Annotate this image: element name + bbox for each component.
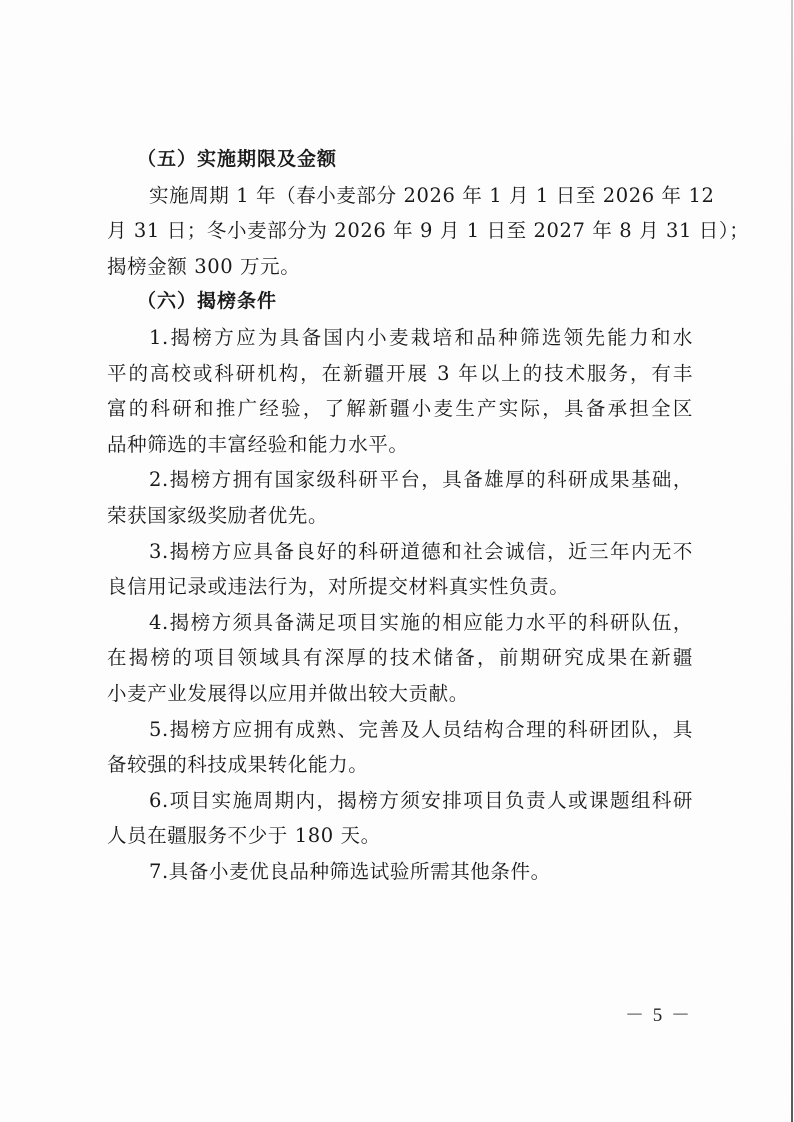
paragraph-line: 5.揭榜方应拥有成熟、完善及人员结构合理的科研团队，具 (107, 712, 693, 748)
condition-item-5: 5.揭榜方应拥有成熟、完善及人员结构合理的科研团队，具 备较强的科技成果转化能力… (107, 712, 693, 783)
condition-item-4: 4.揭榜方须具备满足项目实施的相应能力水平的科研队伍， 在揭榜的项目领域具有深厚… (107, 605, 693, 712)
paragraph-line: 在揭榜的项目领域具有深厚的技术储备，前期研究成果在新疆 (107, 640, 693, 676)
paragraph-line: 小麦产业发展得以应用并做出较大贡献。 (107, 676, 693, 712)
paragraph-line: 2.揭榜方拥有国家级科研平台，具备雄厚的科研成果基础， (107, 462, 693, 498)
paragraph-line: 荣获国家级奖励者优先。 (107, 498, 693, 534)
paragraph-line: 实施周期 1 年（春小麦部分 2026 年 1 月 1 日至 2026 年 12 (107, 178, 693, 214)
document-body: （五）实施期限及金额 实施周期 1 年（春小麦部分 2026 年 1 月 1 日… (107, 142, 693, 889)
condition-item-1: 1.揭榜方应为具备国内小麦栽培和品种筛选领先能力和水 平的高校或科研机构，在新疆… (107, 320, 693, 462)
condition-item-6: 6.项目实施周期内，揭榜方须安排项目负责人或课题组科研 人员在疆服务不少于 18… (107, 783, 693, 854)
paragraph-line: 平的高校或科研机构，在新疆开展 3 年以上的技术服务，有丰 (107, 356, 693, 392)
paragraph-line: 品种筛选的丰富经验和能力水平。 (107, 427, 693, 463)
paragraph-implementation-period: 实施周期 1 年（春小麦部分 2026 年 1 月 1 日至 2026 年 12… (107, 178, 693, 285)
section-heading-conditions: （六）揭榜条件 (107, 284, 693, 320)
paragraph-line: 月 31 日；冬小麦部分为 2026 年 9 月 1 日至 2027 年 8 月… (107, 213, 693, 249)
paragraph-line: 4.揭榜方须具备满足项目实施的相应能力水平的科研队伍， (107, 605, 693, 641)
paragraph-line: 1.揭榜方应为具备国内小麦栽培和品种筛选领先能力和水 (107, 320, 693, 356)
scan-edge-border (791, 0, 793, 1122)
section-heading-implementation-period: （五）实施期限及金额 (107, 142, 693, 178)
paragraph-line: 揭榜金额 300 万元。 (107, 249, 693, 285)
paragraph-line: 良信用记录或违法行为，对所提交材料真实性负责。 (107, 569, 693, 605)
page-number: － 5 － (625, 1000, 692, 1027)
condition-item-3: 3.揭榜方应具备良好的科研道德和社会诚信，近三年内无不 良信用记录或违法行为，对… (107, 534, 693, 605)
paragraph-line: 7.具备小麦优良品种筛选试验所需其他条件。 (107, 854, 693, 890)
paragraph-line: 6.项目实施周期内，揭榜方须安排项目负责人或课题组科研 (107, 783, 693, 819)
condition-item-7: 7.具备小麦优良品种筛选试验所需其他条件。 (107, 854, 693, 890)
paragraph-line: 富的科研和推广经验，了解新疆小麦生产实际，具备承担全区 (107, 391, 693, 427)
condition-item-2: 2.揭榜方拥有国家级科研平台，具备雄厚的科研成果基础， 荣获国家级奖励者优先。 (107, 462, 693, 533)
paragraph-line: 备较强的科技成果转化能力。 (107, 747, 693, 783)
document-page: （五）实施期限及金额 实施周期 1 年（春小麦部分 2026 年 1 月 1 日… (0, 0, 794, 1122)
paragraph-line: 人员在疆服务不少于 180 天。 (107, 818, 693, 854)
paragraph-line: 3.揭榜方应具备良好的科研道德和社会诚信，近三年内无不 (107, 534, 693, 570)
